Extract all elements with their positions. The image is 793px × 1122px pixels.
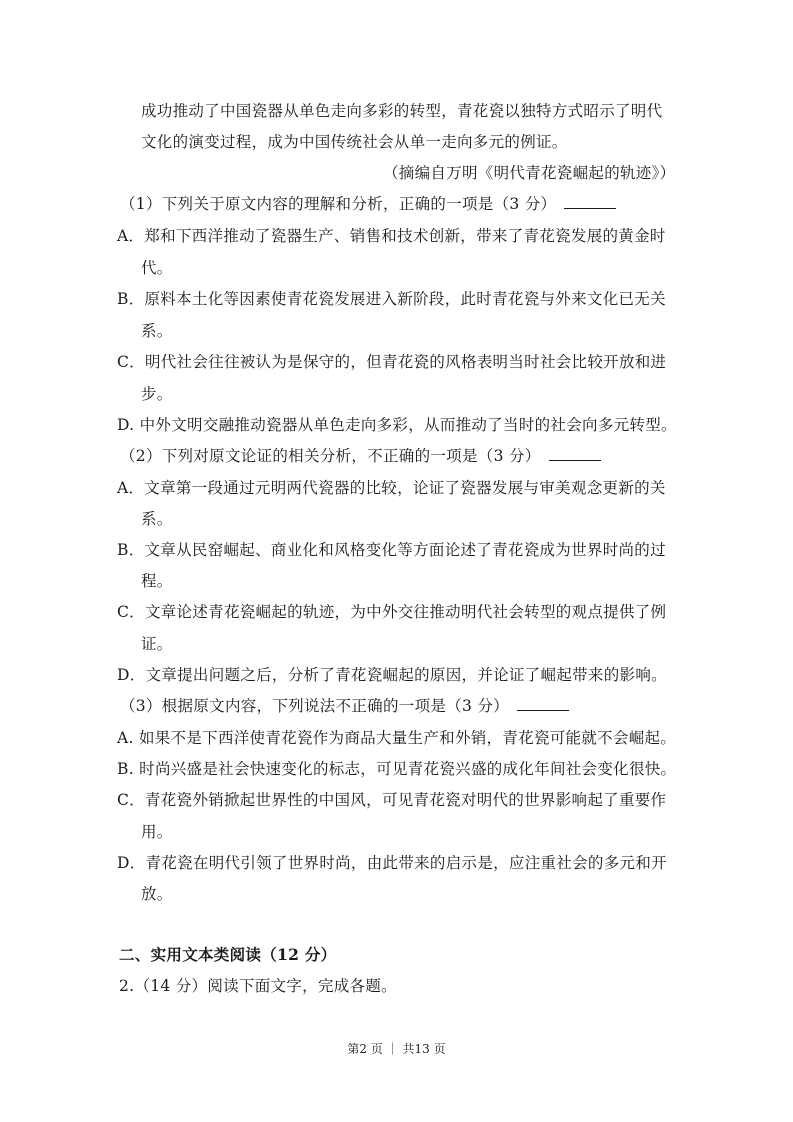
option-c-cont: 证。: [141, 634, 173, 654]
option-c-cont: 步。: [141, 384, 173, 404]
option-c-cont: 用。: [141, 822, 173, 842]
passage-line: 成功推动了中国瓷器从单色走向多彩的转型，青花瓷以独特方式昭示了明代: [141, 101, 662, 121]
option-a: A．郑和下西洋推动了瓷器生产、销售和技术创新，带来了青花瓷发展的黄金时: [117, 226, 666, 246]
option-a: A. 如果不是下西洋使青花瓷作为商品大量生产和外销，青花瓷可能就不会崛起。: [117, 728, 676, 748]
answer-blank[interactable]: [517, 696, 569, 711]
question-stem: （3）根据原文内容，下列说法不正确的一项是（3 分）: [120, 696, 569, 716]
passage-source: （摘编自万明《明代青花瓷崛起的轨迹》）: [383, 163, 675, 183]
option-d: D．文章提出问题之后，分析了青花瓷崛起的原因，并论证了崛起带来的影响。: [117, 665, 667, 685]
option-a-cont: 代。: [141, 258, 173, 278]
option-a-cont: 系。: [141, 509, 173, 529]
option-c: C．青花瓷外销掀起世界性的中国风，可见青花瓷对明代的世界影响起了重要作: [117, 790, 666, 810]
section-heading: 二、实用文本类阅读（12 分）: [119, 945, 336, 965]
section-intro: 2.（14 分）阅读下面文字，完成各题。: [119, 976, 397, 996]
question-stem: （1）下列关于原文内容的理解和分析，正确的一项是（3 分）: [120, 194, 616, 214]
option-b: B．文章从民窑崛起、商业化和风格变化等方面论述了青花瓷成为世界时尚的过: [117, 540, 666, 560]
option-b: B．原料本土化等因素使青花瓷发展进入新阶段，此时青花瓷与外来文化已无关: [117, 289, 666, 309]
option-d: D．青花瓷在明代引领了世界时尚，由此带来的启示是，应注重社会的多元和开: [117, 853, 667, 873]
option-c: C．文章论述青花瓷崛起的轨迹，为中外交往推动明代社会转型的观点提供了例: [117, 602, 666, 622]
option-a: A．文章第一段通过元明两代瓷器的比较，论证了瓷器发展与审美观念更新的关: [117, 478, 666, 498]
option-d: D. 中外文明交融推动瓷器从单色走向多彩，从而推动了当时的社会向多元转型。: [117, 415, 677, 435]
document-page: 成功推动了中国瓷器从单色走向多彩的转型，青花瓷以独特方式昭示了明代 文化的演变过…: [0, 0, 793, 1122]
answer-blank[interactable]: [549, 446, 601, 461]
page-footer: 第2 页 ｜ 共13 页: [0, 1040, 793, 1057]
question-stem-text: （2）下列对原文论证的相关分析，不正确的一项是（3 分）: [120, 447, 541, 465]
answer-blank[interactable]: [564, 194, 616, 209]
passage-line: 文化的演变过程，成为中国传统社会从单一走向多元的例证。: [141, 132, 568, 152]
option-d-cont: 放。: [141, 884, 173, 904]
option-b: B. 时尚兴盛是社会快速变化的标志，可见青花瓷兴盛的成化年间社会变化很快。: [117, 759, 676, 779]
question-stem: （2）下列对原文论证的相关分析，不正确的一项是（3 分）: [120, 446, 601, 466]
option-b-cont: 系。: [141, 321, 173, 341]
question-stem-text: （1）下列关于原文内容的理解和分析，正确的一项是（3 分）: [120, 195, 556, 213]
option-b-cont: 程。: [141, 571, 173, 591]
question-stem-text: （3）根据原文内容，下列说法不正确的一项是（3 分）: [120, 697, 509, 715]
option-c: C．明代社会往往被认为是保守的，但青花瓷的风格表明当时社会比较开放和进: [117, 352, 666, 372]
